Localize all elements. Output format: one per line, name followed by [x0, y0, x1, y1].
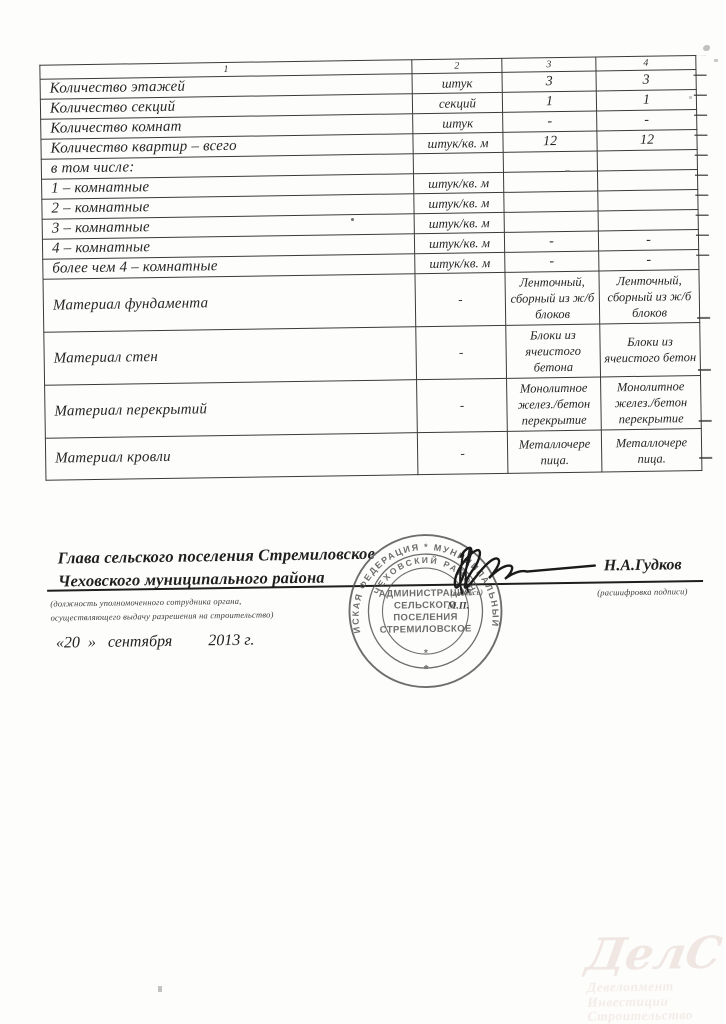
- document-date: «20 » сентября 2013 г.: [56, 632, 255, 653]
- unit-cell: -: [417, 431, 508, 474]
- value-cell-col4: Блоки из ячеистого бетон: [600, 322, 701, 376]
- value-cell-col3: Монолитное желез./бетон перекрытие: [507, 377, 602, 431]
- value-cell-col4: -: [597, 110, 697, 131]
- value-cell-col4: Металлочере пица.: [601, 428, 702, 471]
- signer-name: Н.А.Гудков: [604, 556, 682, 575]
- value-cell-col4: [598, 189, 698, 210]
- value-cell-col4: 12: [597, 130, 697, 151]
- name-caption: (расшифровка подписи): [597, 586, 688, 597]
- value-cell-col4: -: [598, 229, 698, 250]
- stamp-star-bottom: *: [424, 662, 429, 676]
- value-cell-col3: Ленточный, сборный из ж/б блоков: [505, 271, 600, 325]
- value-cell-col3: [503, 171, 597, 192]
- unit-cell: штук/кв. м: [414, 232, 504, 253]
- row-label: Материал стен: [44, 327, 417, 386]
- scan-speck: [689, 96, 692, 99]
- unit-cell: -: [415, 272, 506, 326]
- stamp-star-mid: *: [424, 648, 428, 659]
- row-label: Материал фундамента: [43, 274, 416, 333]
- position-note-line2: осуществляющего выдачу разрешения на стр…: [50, 609, 273, 622]
- value-cell-col4: [597, 150, 697, 171]
- value-cell-col3: 3: [502, 71, 596, 92]
- table-row: Материал перекрытий-Монолитное желез./бе…: [45, 375, 702, 438]
- position-note-line1: (должность уполномоченного сотрудника ор…: [50, 596, 241, 609]
- watermark-line3: Строительство: [587, 1007, 726, 1024]
- row-label: Материал кровли: [45, 433, 418, 481]
- value-cell-col4: 3: [596, 70, 696, 91]
- scan-content: 1234 Количество этажейштук33Количество с…: [0, 0, 726, 1024]
- scan-line-overrun-ticks: [693, 56, 709, 274]
- scan-tick: [699, 420, 712, 422]
- stamp-center-line3: ПОСЕЛЕНИЯ: [393, 612, 458, 624]
- unit-cell: штук: [412, 72, 502, 93]
- value-cell-col3: -: [504, 231, 598, 252]
- value-cell-col3: [504, 191, 598, 212]
- scan-speck: [714, 59, 718, 62]
- row-label: Материал перекрытий: [45, 380, 418, 439]
- unit-cell: секций: [412, 92, 502, 113]
- handwritten-signature: [432, 538, 608, 603]
- value-cell-col3: -: [503, 111, 597, 132]
- value-cell-col3: [503, 151, 597, 172]
- unit-cell: [413, 152, 503, 173]
- column-number: 2: [412, 58, 502, 73]
- value-cell-col3: -: [505, 251, 599, 272]
- table-row: Материал кровли-Металлочере пица.Металло…: [45, 428, 702, 480]
- scan-tick: [697, 317, 710, 319]
- value-cell-col4: [597, 170, 697, 191]
- unit-cell: -: [416, 325, 507, 379]
- stamp-center-line4: СТРЕМИЛОВСКОЕ: [380, 623, 472, 635]
- unit-cell: штук/кв. м: [415, 252, 505, 273]
- table-row: Материал стен-Блоки из ячеистого бетонаБ…: [44, 322, 701, 385]
- unit-cell: штук: [413, 112, 503, 133]
- developer-watermark: ДелС Девелопмент Инвестиции Строительств…: [586, 927, 726, 1024]
- scan-tick: [698, 369, 711, 371]
- column-number: 3: [502, 57, 596, 72]
- column-number: 4: [596, 56, 696, 71]
- scan-speck: [351, 218, 354, 221]
- value-cell-col4: 1: [596, 90, 696, 111]
- value-cell-col3: Блоки из ячеистого бетона: [506, 324, 601, 378]
- unit-cell: штук/кв. м: [413, 172, 503, 193]
- value-cell-col4: [598, 209, 698, 230]
- table-row: Материал фундамента-Ленточный, сборный и…: [43, 269, 700, 332]
- scan-tick: [699, 457, 712, 459]
- value-cell-col3: Металлочере пица.: [507, 430, 602, 473]
- unit-cell: -: [417, 378, 508, 432]
- scanned-document-page: 1234 Количество этажейштук33Количество с…: [0, 0, 726, 1024]
- value-cell-col4: Ленточный, сборный из ж/б блоков: [599, 269, 700, 323]
- value-cell-col3: 12: [503, 131, 597, 152]
- scan-speck: [565, 170, 570, 172]
- value-cell-col3: 1: [502, 91, 596, 112]
- value-cell-col4: -: [599, 249, 699, 270]
- unit-cell: штук/кв. м: [414, 212, 504, 233]
- official-position-line1: Глава сельского поселения Стремиловское: [58, 544, 376, 569]
- value-cell-col4: Монолитное желез./бетон перекрытие: [601, 375, 702, 429]
- table-body: Количество этажейштук33Количество секций…: [40, 70, 702, 481]
- unit-cell: штук/кв. м: [414, 192, 504, 213]
- value-cell-col3: [504, 211, 598, 232]
- watermark-logo: ДелС: [582, 927, 726, 981]
- unit-cell: штук/кв. м: [413, 132, 503, 153]
- building-characteristics-table: 1234 Количество этажейштук33Количество с…: [39, 55, 702, 481]
- scan-speck: [158, 986, 162, 992]
